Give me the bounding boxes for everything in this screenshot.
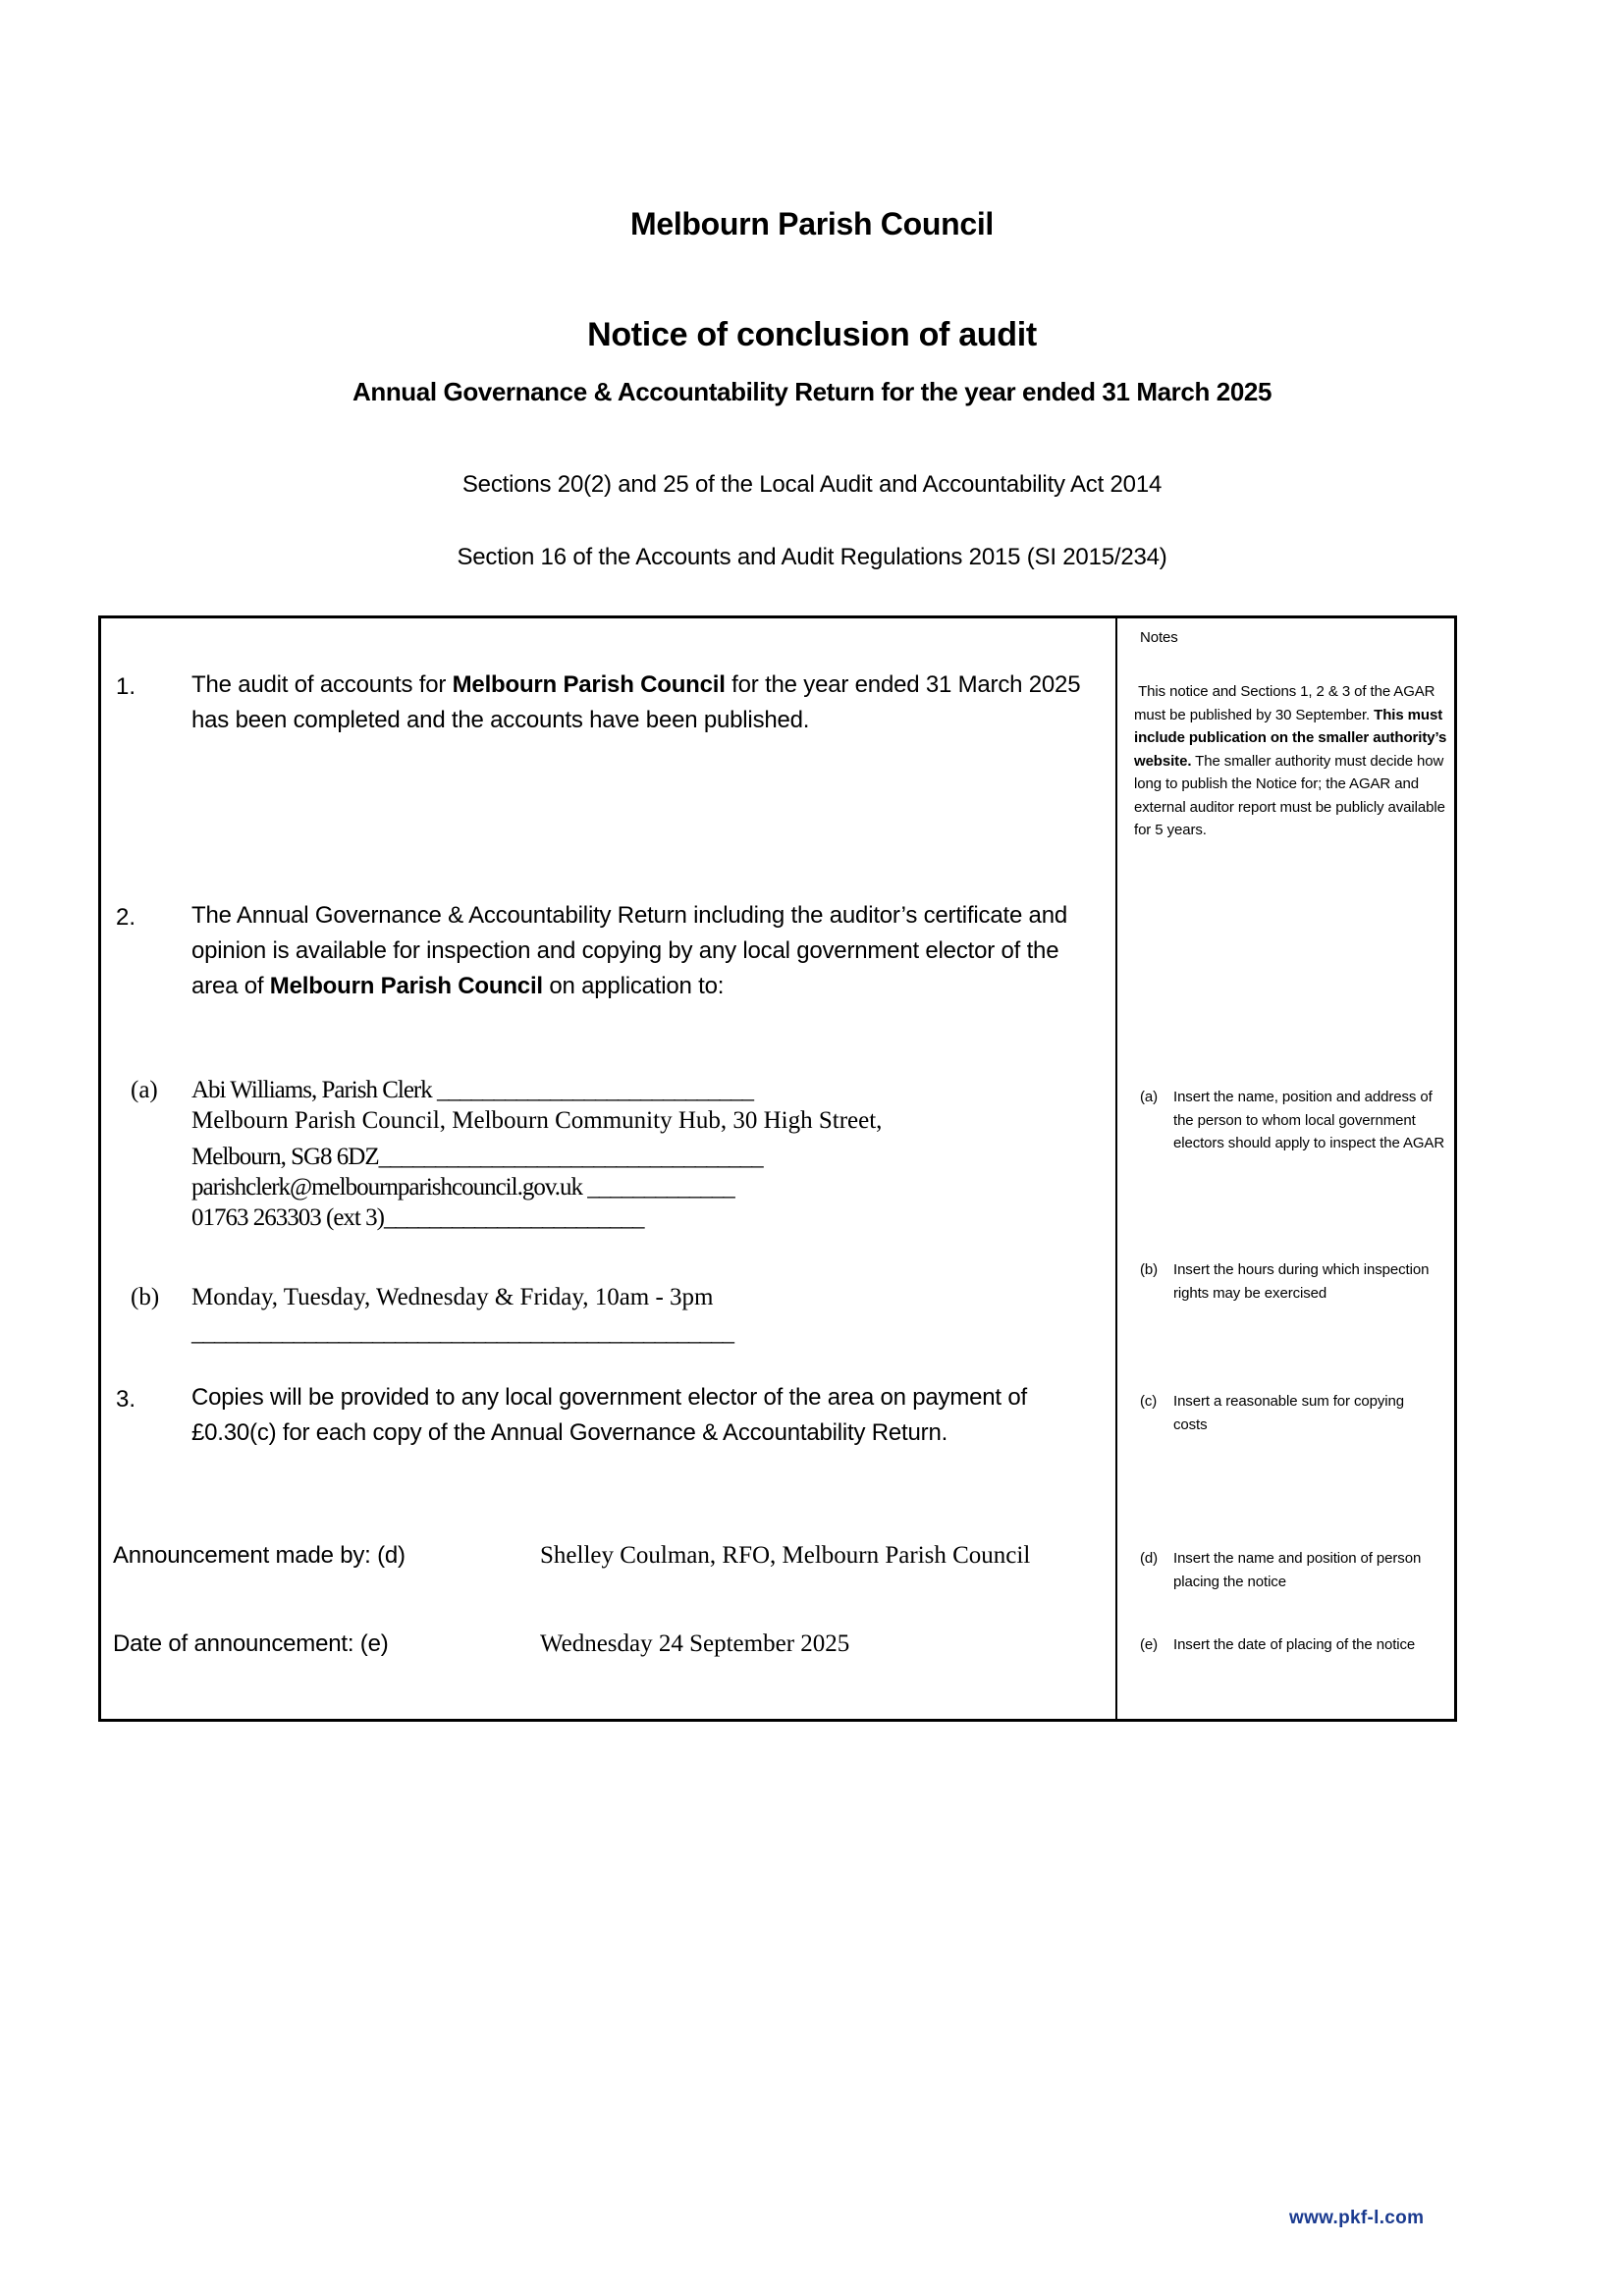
inspection-hours: Monday, Tuesday, Wednesday & Friday, 10a… (191, 1282, 1105, 1312)
notice-subtitle: Annual Governance & Accountability Retur… (0, 377, 1624, 407)
contact-address-line-2: Melbourn, SG8 6DZ_______________________… (191, 1142, 1105, 1172)
item-a-tag: (a) (131, 1075, 158, 1105)
note-c-text: Insert a reasonable sum for copying cost… (1173, 1390, 1435, 1436)
item-2-number: 2. (116, 904, 135, 932)
council-name-bold: Melbourn Parish Council (453, 671, 726, 698)
note-d-text: Insert the name and position of person p… (1173, 1547, 1454, 1593)
item-b-tag: (b) (131, 1282, 159, 1312)
footer-website-link[interactable]: www.pkf-l.com (1289, 2208, 1424, 2229)
council-name-bold: Melbourn Parish Council (270, 973, 543, 999)
item-3-number: 3. (116, 1386, 135, 1414)
legislation-line-2: Section 16 of the Accounts and Audit Reg… (0, 544, 1624, 571)
note-a-tag: (a) (1140, 1086, 1173, 1155)
note-d-tag: (d) (1140, 1547, 1173, 1593)
notes-intro: This notice and Sections 1, 2 & 3 of the… (1134, 680, 1458, 842)
note-a: (a) Insert the name, position and addres… (1140, 1086, 1454, 1155)
note-c: (c) Insert a reasonable sum for copying … (1140, 1390, 1435, 1436)
item-1-text: The audit of accounts for Melbourn Paris… (191, 667, 1100, 738)
date-value: Wednesday 24 September 2025 (540, 1629, 849, 1659)
contact-email[interactable]: parishclerk@melbournparishcouncil.gov.uk… (191, 1172, 1105, 1202)
announcement-label: Announcement made by: (d) (113, 1542, 406, 1570)
contact-block: Abi Williams, Parish Clerk _____________… (191, 1075, 1105, 1233)
inspection-hours-underline: ________________________________________… (191, 1317, 733, 1348)
item-3-text: Copies will be provided to any local gov… (191, 1380, 1075, 1451)
note-b-text: Insert the hours during which inspection… (1173, 1258, 1454, 1305)
note-b: (b) Insert the hours during which inspec… (1140, 1258, 1454, 1305)
item-1-number: 1. (116, 673, 135, 701)
notice-title: Notice of conclusion of audit (0, 316, 1624, 354)
note-e: (e) Insert the date of placing of the no… (1140, 1633, 1454, 1657)
contact-phone: 01763 263303 (ext 3)____________________… (191, 1202, 1105, 1233)
note-a-text: Insert the name, position and address of… (1173, 1086, 1454, 1155)
contact-name: Abi Williams, Parish Clerk _____________… (191, 1075, 1105, 1105)
note-d: (d) Insert the name and position of pers… (1140, 1547, 1454, 1593)
council-name: Melbourn Parish Council (0, 206, 1624, 242)
notes-column-divider (1115, 615, 1117, 1722)
note-e-tag: (e) (1140, 1633, 1173, 1657)
note-b-tag: (b) (1140, 1258, 1173, 1305)
note-e-text: Insert the date of placing of the notice (1173, 1633, 1415, 1657)
date-label: Date of announcement: (e) (113, 1630, 389, 1658)
announcement-value: Shelley Coulman, RFO, Melbourn Parish Co… (540, 1540, 1030, 1571)
item-2-text: The Annual Governance & Accountability R… (191, 898, 1110, 1004)
notes-heading: Notes (1140, 626, 1178, 650)
note-c-tag: (c) (1140, 1390, 1173, 1436)
contact-address-line-1: Melbourn Parish Council, Melbourn Commun… (191, 1105, 1105, 1136)
legislation-line-1: Sections 20(2) and 25 of the Local Audit… (0, 471, 1624, 499)
